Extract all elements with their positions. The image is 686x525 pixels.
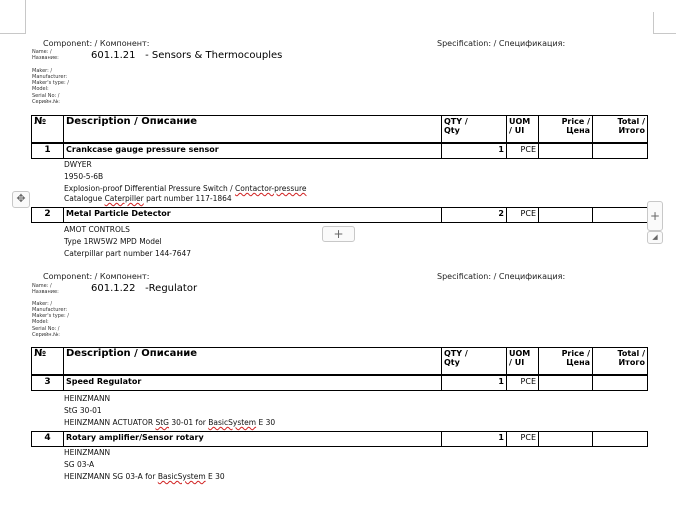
header-description: Description / Описание bbox=[64, 116, 442, 143]
component-code: 601.1.21 bbox=[91, 50, 136, 61]
item-row-2[interactable]: 2 Metal Particle Detector 2 PCE bbox=[31, 207, 648, 223]
item-details-2: AMOT CONTROLS Type 1RW5W2 MPD Model Cate… bbox=[64, 224, 191, 260]
component-label: Component: / Компонент: bbox=[43, 272, 149, 281]
maker: HEINZMANN bbox=[64, 447, 225, 459]
item-total[interactable] bbox=[593, 376, 648, 391]
item-qty[interactable]: 1 bbox=[442, 144, 507, 159]
item-details-3: HEINZMANN StG 30-01 HEINZMANN ACTUATOR S… bbox=[64, 393, 275, 429]
spec-table-header-2: № Description / Описание QTY /Qty UOM/ U… bbox=[31, 347, 648, 375]
item-uom[interactable]: PCE bbox=[507, 208, 539, 223]
detail-line: Explosion-proof Differential Pressure Sw… bbox=[64, 183, 307, 194]
header-qty: QTY /Qty bbox=[442, 116, 507, 143]
move-table-handle[interactable]: ✥ bbox=[12, 191, 30, 208]
header-no: № bbox=[32, 116, 64, 143]
model: Type 1RW5W2 MPD Model bbox=[64, 236, 191, 248]
item-price[interactable] bbox=[539, 376, 593, 391]
model: SG 03-A bbox=[64, 459, 225, 471]
header-price: Price /Цена bbox=[539, 116, 593, 143]
maker-labels: Maker: /Manufacturer: Maker's type: /Mod… bbox=[32, 301, 69, 338]
item-total[interactable] bbox=[593, 208, 648, 223]
component-label: Component: / Компонент: bbox=[43, 39, 149, 48]
item-price[interactable] bbox=[539, 144, 593, 159]
item-total[interactable] bbox=[593, 432, 648, 447]
detail-line: Caterpillar part number 144-7647 bbox=[64, 248, 191, 260]
item-uom[interactable]: PCE bbox=[507, 432, 539, 447]
item-number: 2 bbox=[32, 208, 64, 223]
item-number: 1 bbox=[32, 144, 64, 159]
item-price[interactable] bbox=[539, 432, 593, 447]
item-number: 3 bbox=[32, 376, 64, 391]
name-label: Name: /Название: bbox=[32, 283, 59, 295]
item-number: 4 bbox=[32, 432, 64, 447]
item-qty[interactable]: 1 bbox=[442, 376, 507, 391]
maker: AMOT CONTROLS bbox=[64, 224, 191, 236]
item-row-4[interactable]: 4 Rotary amplifier/Sensor rotary 1 PCE bbox=[31, 431, 648, 447]
item-qty[interactable]: 1 bbox=[442, 432, 507, 447]
item-row-1[interactable]: 1 Crankcase gauge pressure sensor 1 PCE bbox=[31, 143, 648, 159]
header-no: № bbox=[32, 348, 64, 375]
detail-line: HEINZMANN SG 03-A for BasicSystem E 30 bbox=[64, 471, 225, 483]
header-description: Description / Описание bbox=[64, 348, 442, 375]
detail-line: Catalogue Caterpiller part number 117-18… bbox=[64, 194, 307, 203]
plus-icon: + bbox=[650, 209, 660, 223]
specification-label: Specification: / Спецификация: bbox=[437, 272, 565, 281]
item-qty[interactable]: 2 bbox=[442, 208, 507, 223]
item-details-1: DWYER 1950-5-6B Explosion-proof Differen… bbox=[64, 159, 307, 203]
specification-label: Specification: / Спецификация: bbox=[437, 39, 565, 48]
name-label: Name: /Название: bbox=[32, 49, 59, 61]
move-icon: ✥ bbox=[16, 192, 25, 205]
page-margin-corner-top-right bbox=[653, 12, 676, 34]
add-column-button[interactable]: + bbox=[647, 201, 663, 231]
header-uom: UOM/ UI bbox=[507, 116, 539, 143]
maker: HEINZMANN bbox=[64, 393, 275, 405]
component-name: 601.1.21 - Sensors & Thermocouples bbox=[91, 50, 282, 61]
header-price: Price /Цена bbox=[539, 348, 593, 375]
item-uom[interactable]: PCE bbox=[507, 144, 539, 159]
item-total[interactable] bbox=[593, 144, 648, 159]
maker-labels: Maker: /Manufacturer: Maker's type: /Mod… bbox=[32, 68, 69, 105]
header-qty: QTY /Qty bbox=[442, 348, 507, 375]
component-title: - Sensors & Thermocouples bbox=[145, 50, 282, 61]
item-description[interactable]: Speed Regulator bbox=[64, 376, 442, 391]
header-total: Total /Итого bbox=[593, 116, 648, 143]
item-description[interactable]: Rotary amplifier/Sensor rotary bbox=[64, 432, 442, 447]
plus-icon: + bbox=[333, 227, 343, 241]
item-uom[interactable]: PCE bbox=[507, 376, 539, 391]
resize-icon: ◢ bbox=[652, 233, 657, 241]
item-description[interactable]: Crankcase gauge pressure sensor bbox=[64, 144, 442, 159]
item-description[interactable]: Metal Particle Detector bbox=[64, 208, 442, 223]
add-row-button[interactable]: + bbox=[322, 226, 355, 242]
detail-line: HEINZMANN ACTUATOR StG 30-01 for BasicSy… bbox=[64, 417, 275, 429]
maker: DWYER bbox=[64, 159, 307, 171]
spec-table-header-1: № Description / Описание QTY /Qty UOM/ U… bbox=[31, 115, 648, 143]
component-name: 601.1.22 -Regulator bbox=[91, 283, 197, 294]
item-price[interactable] bbox=[539, 208, 593, 223]
header-total: Total /Итого bbox=[593, 348, 648, 375]
component-title: -Regulator bbox=[145, 283, 197, 294]
model: 1950-5-6B bbox=[64, 171, 307, 183]
resize-table-handle[interactable]: ◢ bbox=[647, 231, 663, 244]
model: StG 30-01 bbox=[64, 405, 275, 417]
item-details-4: HEINZMANN SG 03-A HEINZMANN SG 03-A for … bbox=[64, 447, 225, 483]
component-code: 601.1.22 bbox=[91, 283, 136, 294]
item-row-3[interactable]: 3 Speed Regulator 1 PCE bbox=[31, 375, 648, 391]
page-margin-corner-top-left bbox=[0, 0, 26, 34]
header-uom: UOM/ UI bbox=[507, 348, 539, 375]
